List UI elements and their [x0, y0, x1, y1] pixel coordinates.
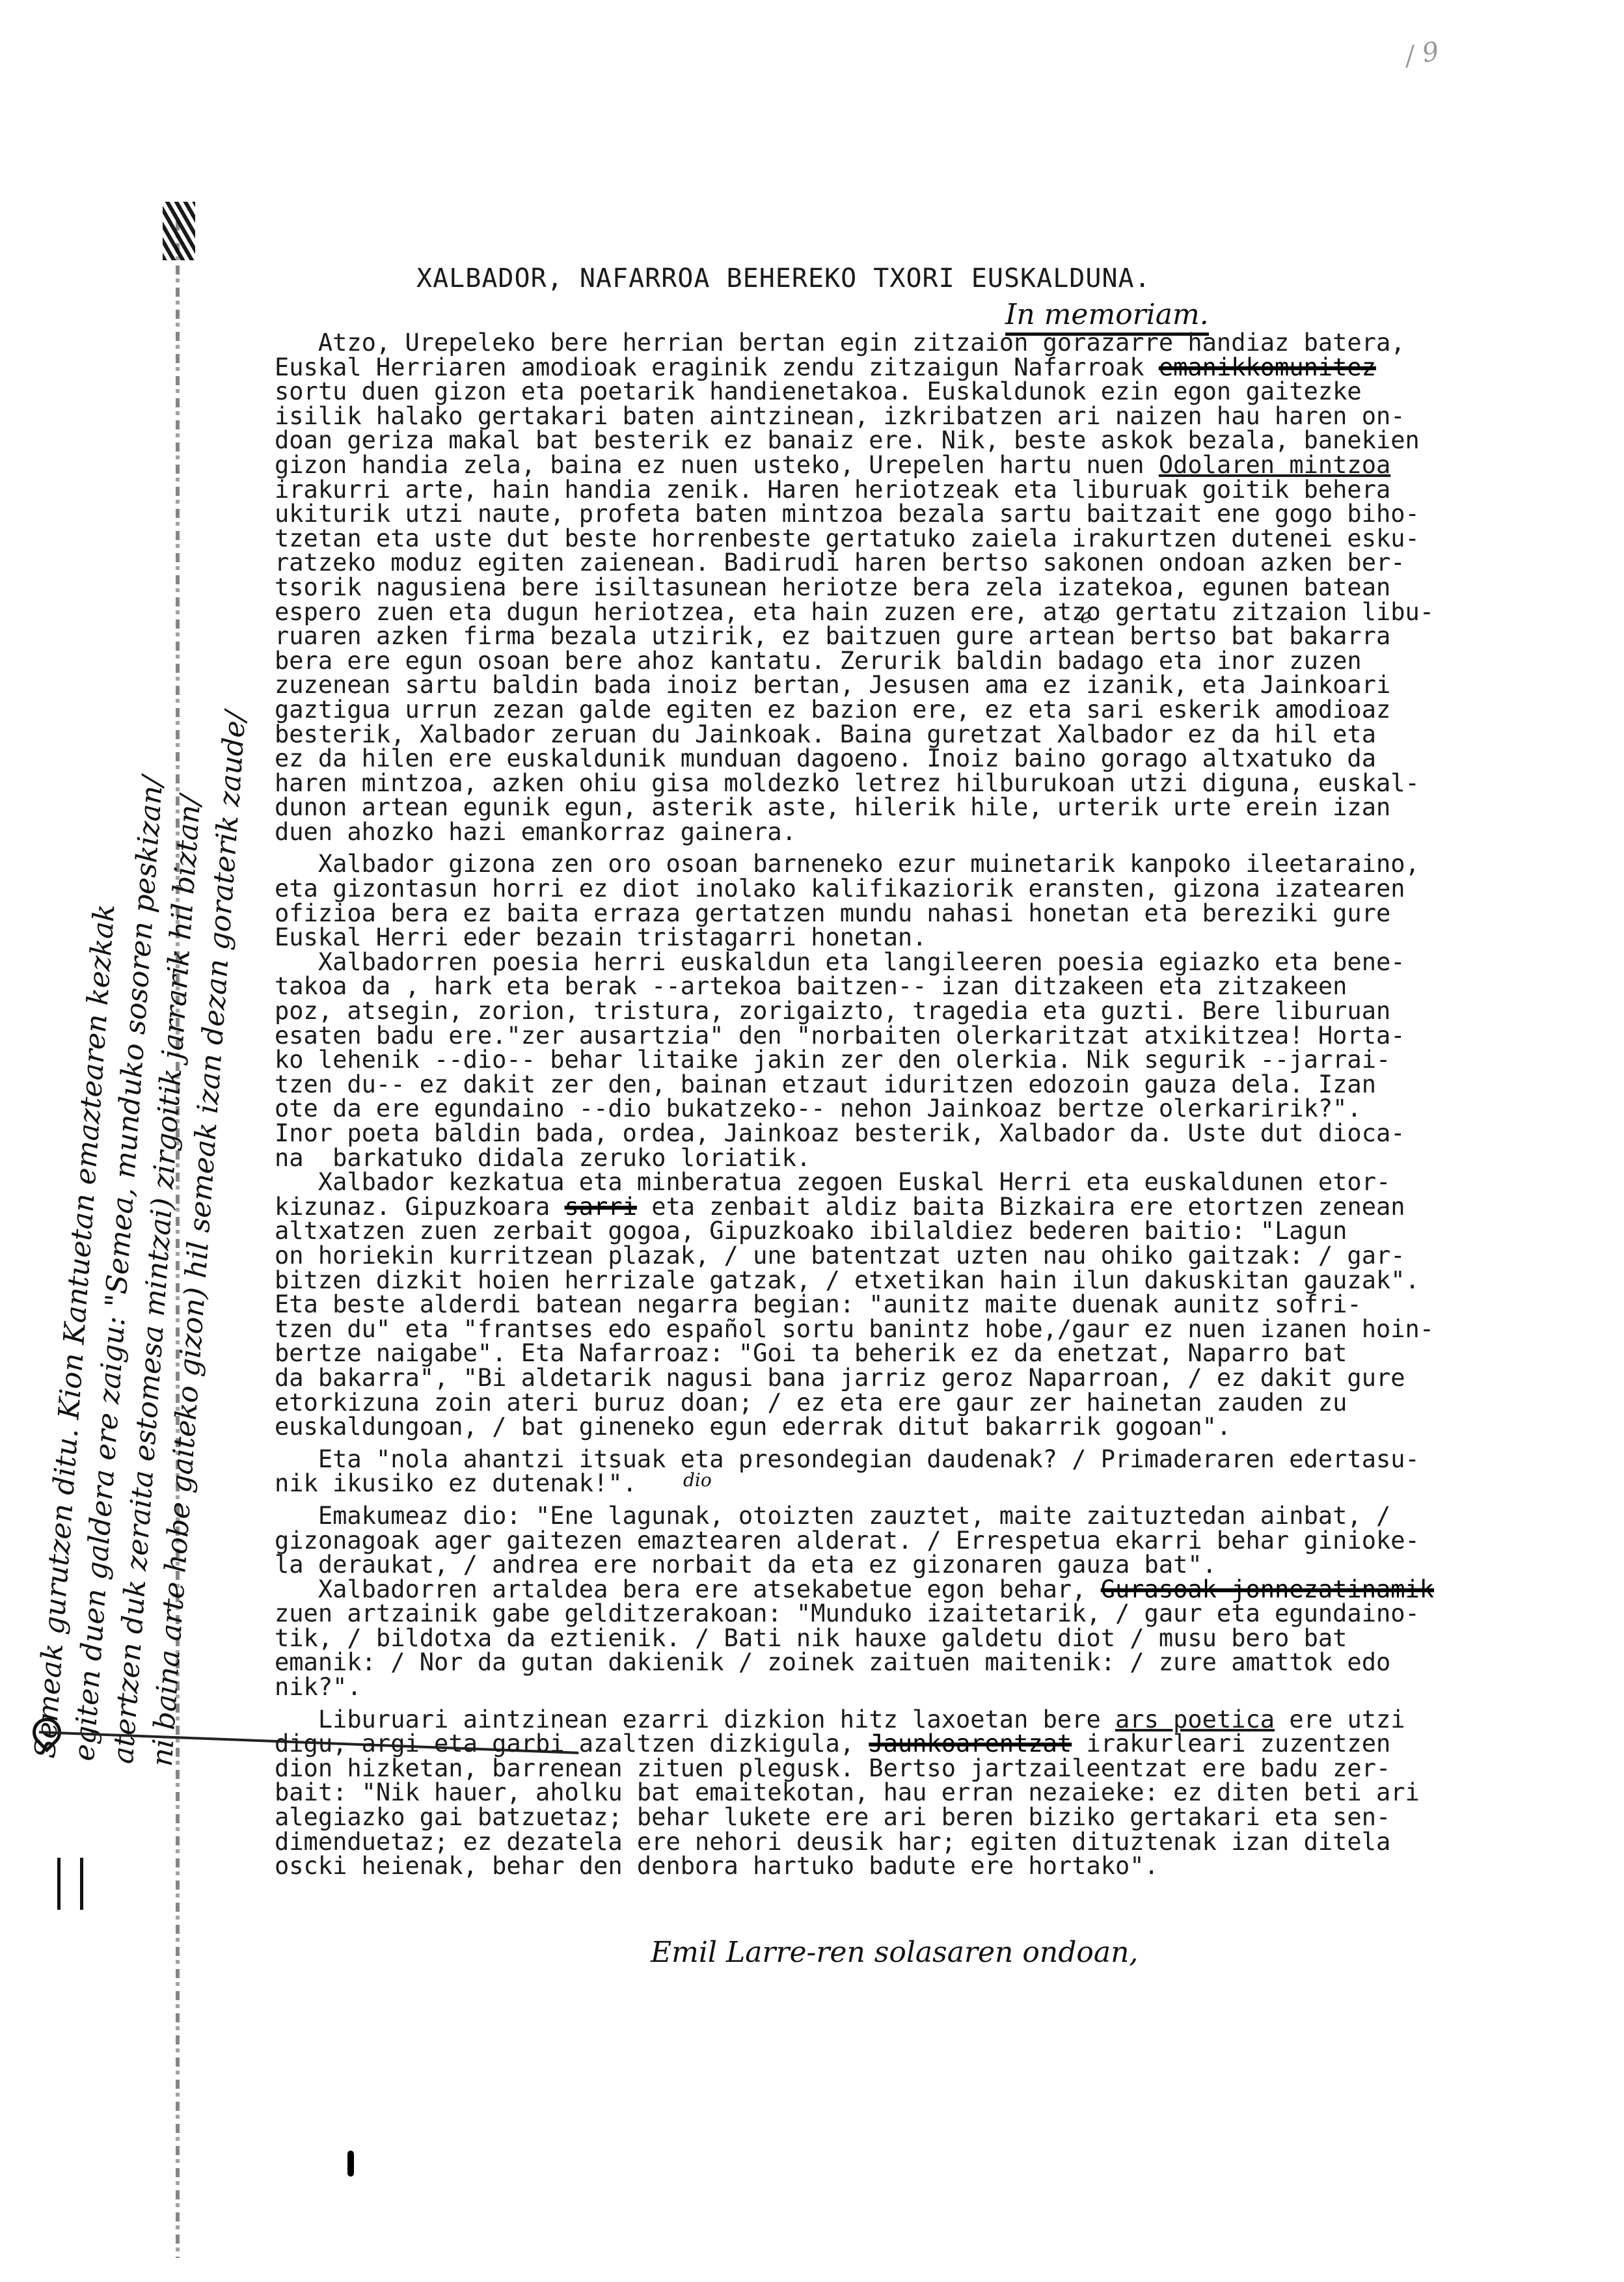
text-line: gizon handia zela, baina ez nuen usteko,… [275, 453, 1602, 478]
text-segment: doan geriza makal bat besterik ez banaiz… [275, 426, 1420, 454]
text-segment: zuzenean sartu baldin bada inoiz bertan,… [275, 671, 1390, 699]
margin-bars-mark [57, 1858, 83, 1910]
text-line: da bakarra", "Bi aldetarik nagusi bana j… [275, 1366, 1602, 1391]
text-line: ez da hilen ere euskaldunik munduan dago… [275, 746, 1602, 771]
text-line: kizunaz. Gipuzkoara sarri eta zenbait al… [275, 1195, 1602, 1219]
text-line: ratzeko moduz egiten zaienean. Badirudi … [275, 550, 1602, 575]
text-segment: alegiazko gai batzuetaz; behar lukete er… [275, 1803, 1390, 1831]
text-segment: Eta "nola ahantzi itsuak eta presondegia… [275, 1445, 1420, 1473]
text-segment: Xalbadorren poesia herri euskaldun eta l… [275, 948, 1405, 976]
text-segment: ratzeko moduz egiten zaienean. Badirudi … [275, 549, 1405, 577]
text-line: Euskal Herriaren amodioak eraginik zendu… [275, 355, 1602, 380]
text-line: na barkatuko didala zeruko loriatik. [275, 1146, 1602, 1171]
text-segment: ote da ere egundaino --dio bukatzeko-- n… [275, 1094, 1362, 1122]
text-segment: eta gizontasun horri ez diot inolako kal… [275, 875, 1405, 903]
text-line: altxatzen zuen zerbait gogoa, Gipuzkoako… [275, 1219, 1602, 1243]
text-segment: eta zenbait aldiz baita Bizkaira ere eto… [637, 1193, 1405, 1221]
text-line: dion hizketan, barrenean zituen plegusk.… [275, 1756, 1602, 1781]
text-segment: tik, / bildotxa da eztienik. / Bati nik … [275, 1624, 1347, 1652]
text-line: ko lehenik --dio-- behar litaike jakin z… [275, 1048, 1602, 1072]
text-segment: ez da hilen ere euskaldunik munduan dago… [275, 744, 1376, 772]
text-line: bitzen dizkit hoien herrizale gatzak, / … [275, 1268, 1602, 1293]
text-segment: Inor poeta baldin bada, ordea, Jainkoaz … [275, 1119, 1405, 1147]
text-line: ote da ere egundaino --dio bukatzeko-- n… [275, 1096, 1602, 1121]
text-segment: bait: "Nik hauer, aholku bat emaitekotan… [275, 1778, 1420, 1806]
text-line: dimenduetaz; ez dezatela ere nehori deus… [275, 1830, 1602, 1854]
text-segment: oscki heienak, behar den denbora hartuko… [275, 1852, 1159, 1880]
text-segment: bera ere egun osoan bere ahoz kantatu. Z… [275, 647, 1362, 675]
text-segment: ko lehenik --dio-- behar litaike jakin z… [275, 1046, 1390, 1074]
text-segment: etorkizuna zoin ateri buruz doan; / ez e… [275, 1389, 1347, 1417]
text-segment: takoa da , hark eta berak --artekoa bait… [275, 972, 1347, 1000]
text-line: eta gizontasun horri ez diot inolako kal… [275, 876, 1602, 901]
text-segment: haren mintzoa, azken ohiu gisa moldezko … [275, 769, 1420, 797]
text-line: besterik, Xalbador zeruan du Jainkoak. B… [275, 722, 1602, 747]
struck-out-text: emanikkomunitez [1159, 353, 1376, 381]
text-line: euskaldungoan, / bat gineneko egun ederr… [275, 1415, 1602, 1439]
text-segment: na barkatuko didala zeruko loriatik. [275, 1144, 811, 1172]
text-segment: Xalbadorren artaldea bera ere atsekabetu… [275, 1575, 1101, 1603]
text-segment: ere utzi [1275, 1705, 1405, 1733]
text-segment: nik ikusiko ez dutenak!". [275, 1469, 637, 1497]
text-line: Xalbador gizona zen oro osoan barneneko … [275, 852, 1602, 876]
text-line: alegiazko gai batzuetaz; behar lukete er… [275, 1805, 1602, 1830]
text-segment: gaztigua urrun zezan galde egiten ez baz… [275, 696, 1390, 724]
handwritten-insert-emil-larre: Emil Larre-ren solasaren ondoan, [651, 1936, 1138, 1969]
text-line: dunon artean egunik egun, asterik aste, … [275, 795, 1602, 820]
text-line: nik ikusiko ez dutenak!". [275, 1471, 1602, 1496]
text-segment: tzen du-- ez dakit zer den, bainan etzau… [275, 1070, 1376, 1098]
text-line: Inor poeta baldin bada, ordea, Jainkoaz … [275, 1121, 1602, 1146]
text-line: emanik: / Nor da gutan dakienik / zoinek… [275, 1650, 1602, 1675]
text-line: bera ere egun osoan bere ahoz kantatu. Z… [275, 649, 1602, 673]
text-segment: Atzo, Urepeleko bere herrian bertan egin… [275, 329, 1405, 357]
text-line: poz, atsegin, zorion, tristura, zorigaiz… [275, 999, 1602, 1024]
text-segment: dimenduetaz; ez dezatela ere nehori deus… [275, 1828, 1390, 1856]
text-line: duen ahozko hazi emankorraz gainera. [275, 820, 1602, 845]
text-line: bertze naigabe". Eta Nafarroaz: "Goi ta … [275, 1341, 1602, 1366]
text-segment: sortu duen gizon eta poetarik handieneta… [275, 377, 1362, 405]
text-line: Xalbadorren poesia herri euskaldun eta l… [275, 950, 1602, 975]
text-segment: Emakumeaz dio: "Ene lagunak, otoizten za… [275, 1502, 1390, 1530]
text-segment: poz, atsegin, zorion, tristura, zorigaiz… [275, 997, 1390, 1025]
text-segment: la deraukat, / andrea ere norbait da eta… [275, 1551, 1217, 1579]
scanned-document-page: / 9 Semeak gurutzen ditu. Kion Kantuetan… [0, 0, 1624, 2282]
text-line: haren mintzoa, azken ohiu gisa moldezko … [275, 771, 1602, 796]
text-line: tsorik nagusiena bere isiltasunean herio… [275, 575, 1602, 600]
text-line: gaztigua urrun zezan galde egiten ez baz… [275, 698, 1602, 722]
text-segment: esaten badu ere."zer ausartzia" den "nor… [275, 1022, 1405, 1050]
text-segment: Xalbador gizona zen oro osoan barneneko … [275, 850, 1420, 878]
document-title: XALBADOR, NAFARROA BEHEREKO TXORI EUSKAL… [416, 264, 1151, 293]
text-line: irakurri arte, hain handia zenik. Haren … [275, 478, 1602, 502]
text-line: bait: "Nik hauer, aholku bat emaitekotan… [275, 1780, 1602, 1805]
ink-blot [347, 2151, 354, 2177]
page-number-mark: / 9 [1403, 36, 1441, 72]
text-segment: da bakarra", "Bi aldetarik nagusi bana j… [275, 1364, 1405, 1392]
text-segment: emanik: / Nor da gutan dakienik / zoinek… [275, 1648, 1390, 1676]
text-line: etorkizuna zoin ateri buruz doan; / ez e… [275, 1391, 1602, 1415]
text-line: espero zuen eta dugun heriotzea, eta hai… [275, 600, 1602, 625]
text-segment: bertze naigabe". Eta Nafarroaz: "Goi ta … [275, 1339, 1347, 1367]
text-line: tzen du" eta "frantses edo español sortu… [275, 1317, 1602, 1342]
text-segment: Xalbador kezkatua eta minberatua zegoen … [275, 1168, 1390, 1196]
text-line: oscki heienak, behar den denbora hartuko… [275, 1854, 1602, 1879]
text-segment: ukiturik utzi naute, profeta baten mintz… [275, 500, 1420, 528]
text-line: doan geriza makal bat besterik ez banaiz… [275, 428, 1602, 453]
text-line: on horiekin kurritzean plazak, / une bat… [275, 1243, 1602, 1268]
text-segment: Eta beste alderdi batean negarra begian:… [275, 1290, 1362, 1318]
text-line: Xalbadorren artaldea bera ere atsekabetu… [275, 1577, 1602, 1602]
article-body: Atzo, Urepeleko bere herrian bertan egin… [275, 331, 1602, 1879]
text-segment: Liburuari aintzinean ezarri dizkion hitz… [275, 1705, 1115, 1733]
text-segment: Euskal Herri eder bezain tristagarri hon… [275, 923, 927, 951]
text-segment: kizunaz. Gipuzkoara [275, 1193, 565, 1221]
struck-out-text: Gurasoak jonnezatinamik [1101, 1575, 1434, 1603]
text-segment: duen ahozko hazi emankorraz gainera. [275, 818, 796, 846]
underlined-text: Odolaren mintzoa [1159, 451, 1390, 479]
text-segment: nik?". [275, 1673, 362, 1701]
text-line: zuen artzainik gabe gelditzerakoan: "Mun… [275, 1601, 1602, 1626]
text-line: Emakumeaz dio: "Ene lagunak, otoizten za… [275, 1504, 1602, 1528]
text-line: tzetan eta uste dut beste horrenbeste ge… [275, 526, 1602, 551]
text-line: ukiturik utzi naute, profeta baten mintz… [275, 502, 1602, 526]
text-segment: ruaren azken firma bezala utzirik, ez ba… [275, 622, 1390, 650]
text-segment: dion hizketan, barrenean zituen plegusk.… [275, 1754, 1390, 1782]
text-line: la deraukat, / andrea ere norbait da eta… [275, 1553, 1602, 1577]
text-segment: zuen artzainik gabe gelditzerakoan: "Mun… [275, 1599, 1420, 1627]
text-segment: digu, argi eta garbi azaltzen dizkigula, [275, 1730, 869, 1758]
margin-note: Semeak gurutzen ditu. Kion Kantuetan ema… [26, 701, 256, 1768]
underlined-text: ars poetica [1115, 1705, 1275, 1733]
text-line: isilik halako gertakari baten aintzinean… [275, 404, 1602, 429]
text-line: tik, / bildotxa da eztienik. / Bati nik … [275, 1626, 1602, 1651]
text-segment: dunon artean egunik egun, asterik aste, … [275, 793, 1390, 821]
struck-out-text: Jaunkoarentzat [869, 1730, 1072, 1758]
text-segment: gizon handia zela, baina ez nuen usteko,… [275, 451, 1159, 479]
text-line: Eta beste alderdi batean negarra begian:… [275, 1292, 1602, 1317]
text-line: zuzenean sartu baldin bada inoiz bertan,… [275, 673, 1602, 698]
text-segment: Euskal Herriaren amodioak eraginik zendu… [275, 353, 1159, 381]
text-segment: ofizioa bera ez baita erraza gertatzen m… [275, 899, 1390, 927]
text-segment: euskaldungoan, / bat gineneko egun ederr… [275, 1413, 1231, 1441]
text-line: gizonagoak ager gaitezen emaztearen alde… [275, 1528, 1602, 1553]
text-line: takoa da , hark eta berak --artekoa bait… [275, 974, 1602, 999]
text-line: esaten badu ere."zer ausartzia" den "nor… [275, 1024, 1602, 1048]
text-segment: tzen du" eta "frantses edo español sortu… [275, 1315, 1434, 1343]
text-line: sortu duen gizon eta poetarik handieneta… [275, 379, 1602, 404]
text-segment: gizonagoak ager gaitezen emaztearen alde… [275, 1527, 1420, 1555]
scribble-mark [163, 202, 195, 260]
text-line: Euskal Herri eder bezain tristagarri hon… [275, 925, 1602, 950]
text-segment: tsorik nagusiena bere isiltasunean herio… [275, 573, 1390, 601]
text-segment: bitzen dizkit hoien herrizale gatzak, / … [275, 1266, 1420, 1294]
text-segment: altxatzen zuen zerbait gogoa, Gipuzkoako… [275, 1217, 1347, 1245]
struck-out-text: sarri [565, 1193, 637, 1221]
text-line: ruaren azken firma bezala utzirik, ez ba… [275, 624, 1602, 649]
text-segment: isilik halako gertakari baten aintzinean… [275, 402, 1405, 430]
text-segment: on horiekin kurritzean plazak, / une bat… [275, 1242, 1405, 1270]
text-segment: espero zuen eta dugun heriotzea, eta hai… [275, 598, 1434, 626]
text-line: Eta "nola ahantzi itsuak eta presondegia… [275, 1447, 1602, 1472]
text-line: Xalbador kezkatua eta minberatua zegoen … [275, 1170, 1602, 1195]
text-line: nik?". [275, 1675, 1602, 1700]
text-segment: irakurri arte, hain handia zenik. Haren … [275, 476, 1390, 504]
text-line: Liburuari aintzinean ezarri dizkion hitz… [275, 1707, 1602, 1732]
text-line: digu, argi eta garbi azaltzen dizkigula,… [275, 1732, 1602, 1756]
text-segment: besterik, Xalbador zeruan du Jainkoak. B… [275, 720, 1376, 748]
text-segment: tzetan eta uste dut beste horrenbeste ge… [275, 524, 1420, 552]
text-line: ofizioa bera ez baita erraza gertatzen m… [275, 901, 1602, 926]
text-segment: irakurleari zuzentzen [1072, 1730, 1390, 1758]
text-line: tzen du-- ez dakit zer den, bainan etzau… [275, 1072, 1602, 1097]
text-line: Atzo, Urepeleko bere herrian bertan egin… [275, 331, 1602, 355]
